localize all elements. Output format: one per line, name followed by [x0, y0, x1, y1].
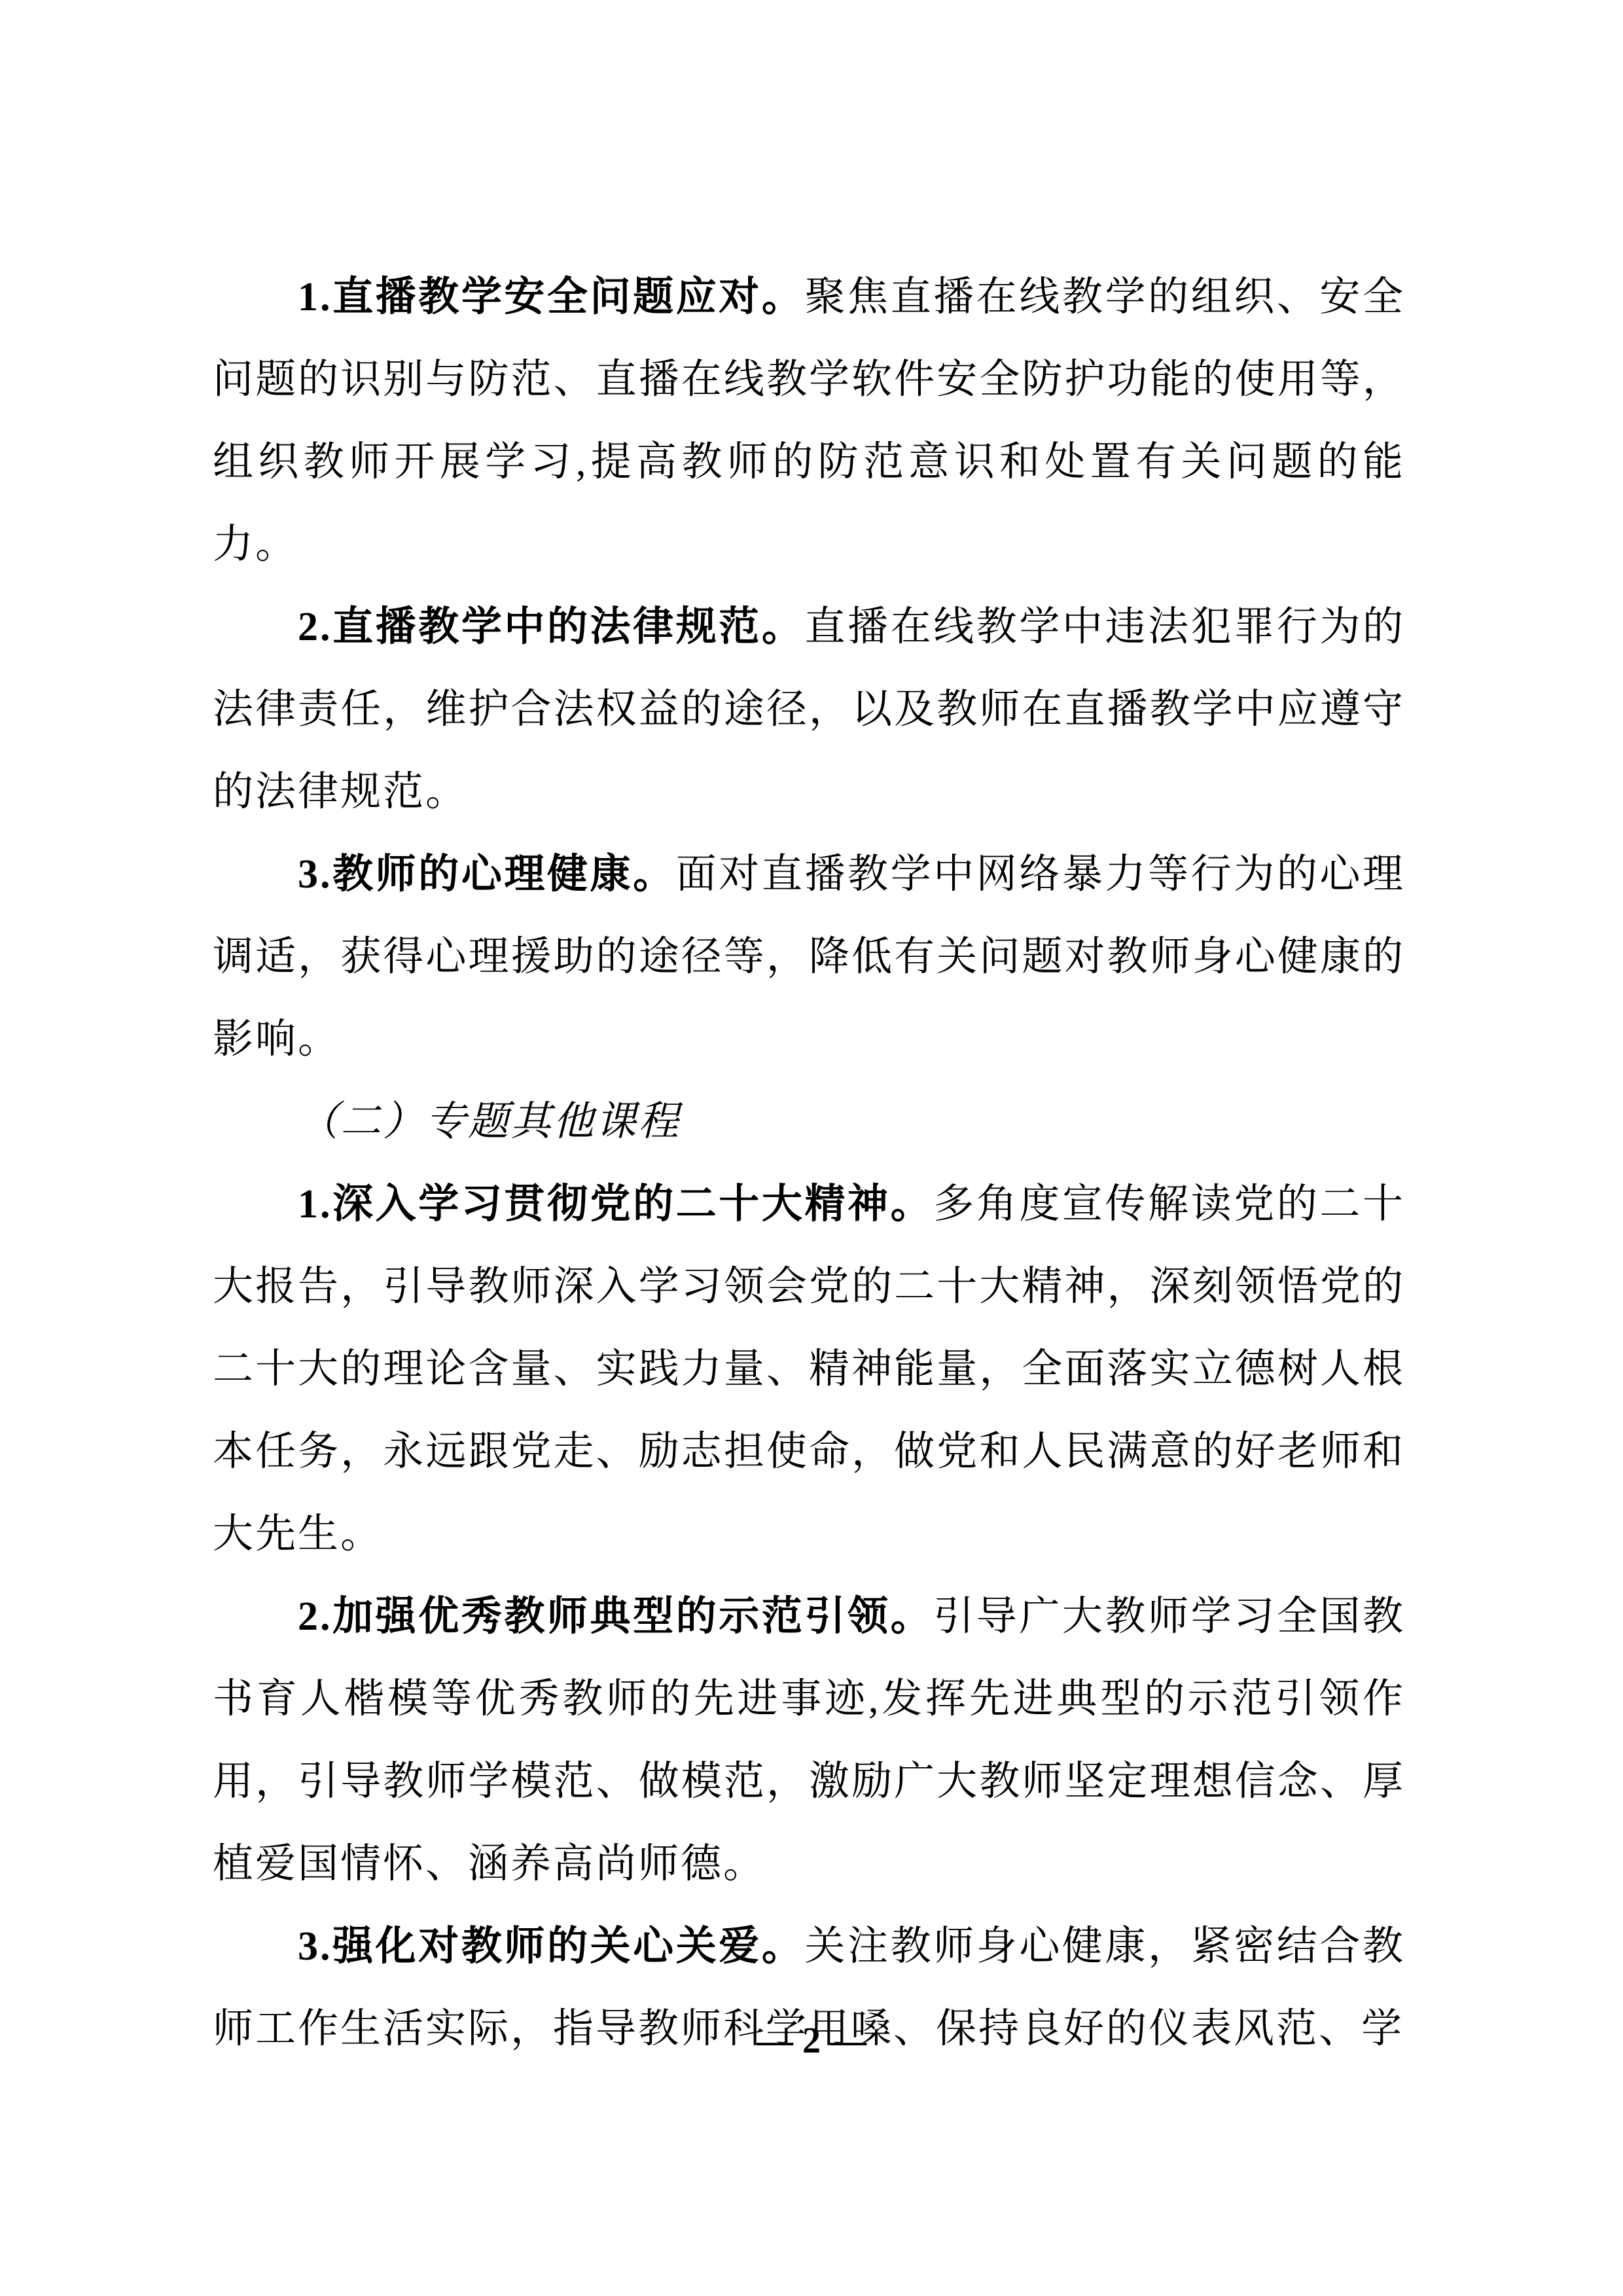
section-heading: （二）专题其他课程	[213, 1081, 1405, 1163]
page-number: — 2 —	[757, 2020, 866, 2061]
document-page: 1.直播教学安全问题应对。聚焦直播在线教学的组织、安全问题的识别与防范、直播在线…	[0, 0, 1623, 2296]
page-footer: — 2 —	[0, 2018, 1623, 2064]
paragraph-item: 2.加强优秀教师典型的示范引领。引导广大教师学习全国教书育人楷模等优秀教师的先进…	[213, 1575, 1405, 1905]
paragraph-lead: 3.强化对教师的关心关爱。	[298, 1924, 804, 1969]
paragraph-item: 3.教师的心理健康。面对直播教学中网络暴力等行为的心理调适，获得心理援助的途径等…	[213, 833, 1405, 1081]
paragraph-text: 多角度宣传解读党的二十大报告，引导教师深入学习领会党的二十大精神，深刻领悟党的二…	[213, 1182, 1405, 1556]
paragraph-lead: 1.直播教学安全问题应对。	[298, 275, 804, 319]
paragraph-lead: 3.教师的心理健康。	[298, 852, 676, 897]
paragraph-lead: 1.深入学习贯彻党的二十大精神。	[298, 1182, 933, 1227]
section-heading-text: （二）专题其他课程	[298, 1100, 681, 1144]
paragraph-lead: 2.加强优秀教师典型的示范引领。	[298, 1594, 933, 1639]
paragraph-item: 1.深入学习贯彻党的二十大精神。多角度宣传解读党的二十大报告，引导教师深入学习领…	[213, 1163, 1405, 1575]
paragraph-lead: 2.直播教学中的法律规范。	[298, 605, 804, 649]
paragraph-item: 1.直播教学安全问题应对。聚焦直播在线教学的组织、安全问题的识别与防范、直播在线…	[213, 256, 1405, 586]
document-body: 1.直播教学安全问题应对。聚焦直播在线教学的组织、安全问题的识别与防范、直播在线…	[213, 256, 1405, 2070]
paragraph-item: 2.直播教学中的法律规范。直播在线教学中违法犯罪行为的法律责任，维护合法权益的途…	[213, 586, 1405, 833]
